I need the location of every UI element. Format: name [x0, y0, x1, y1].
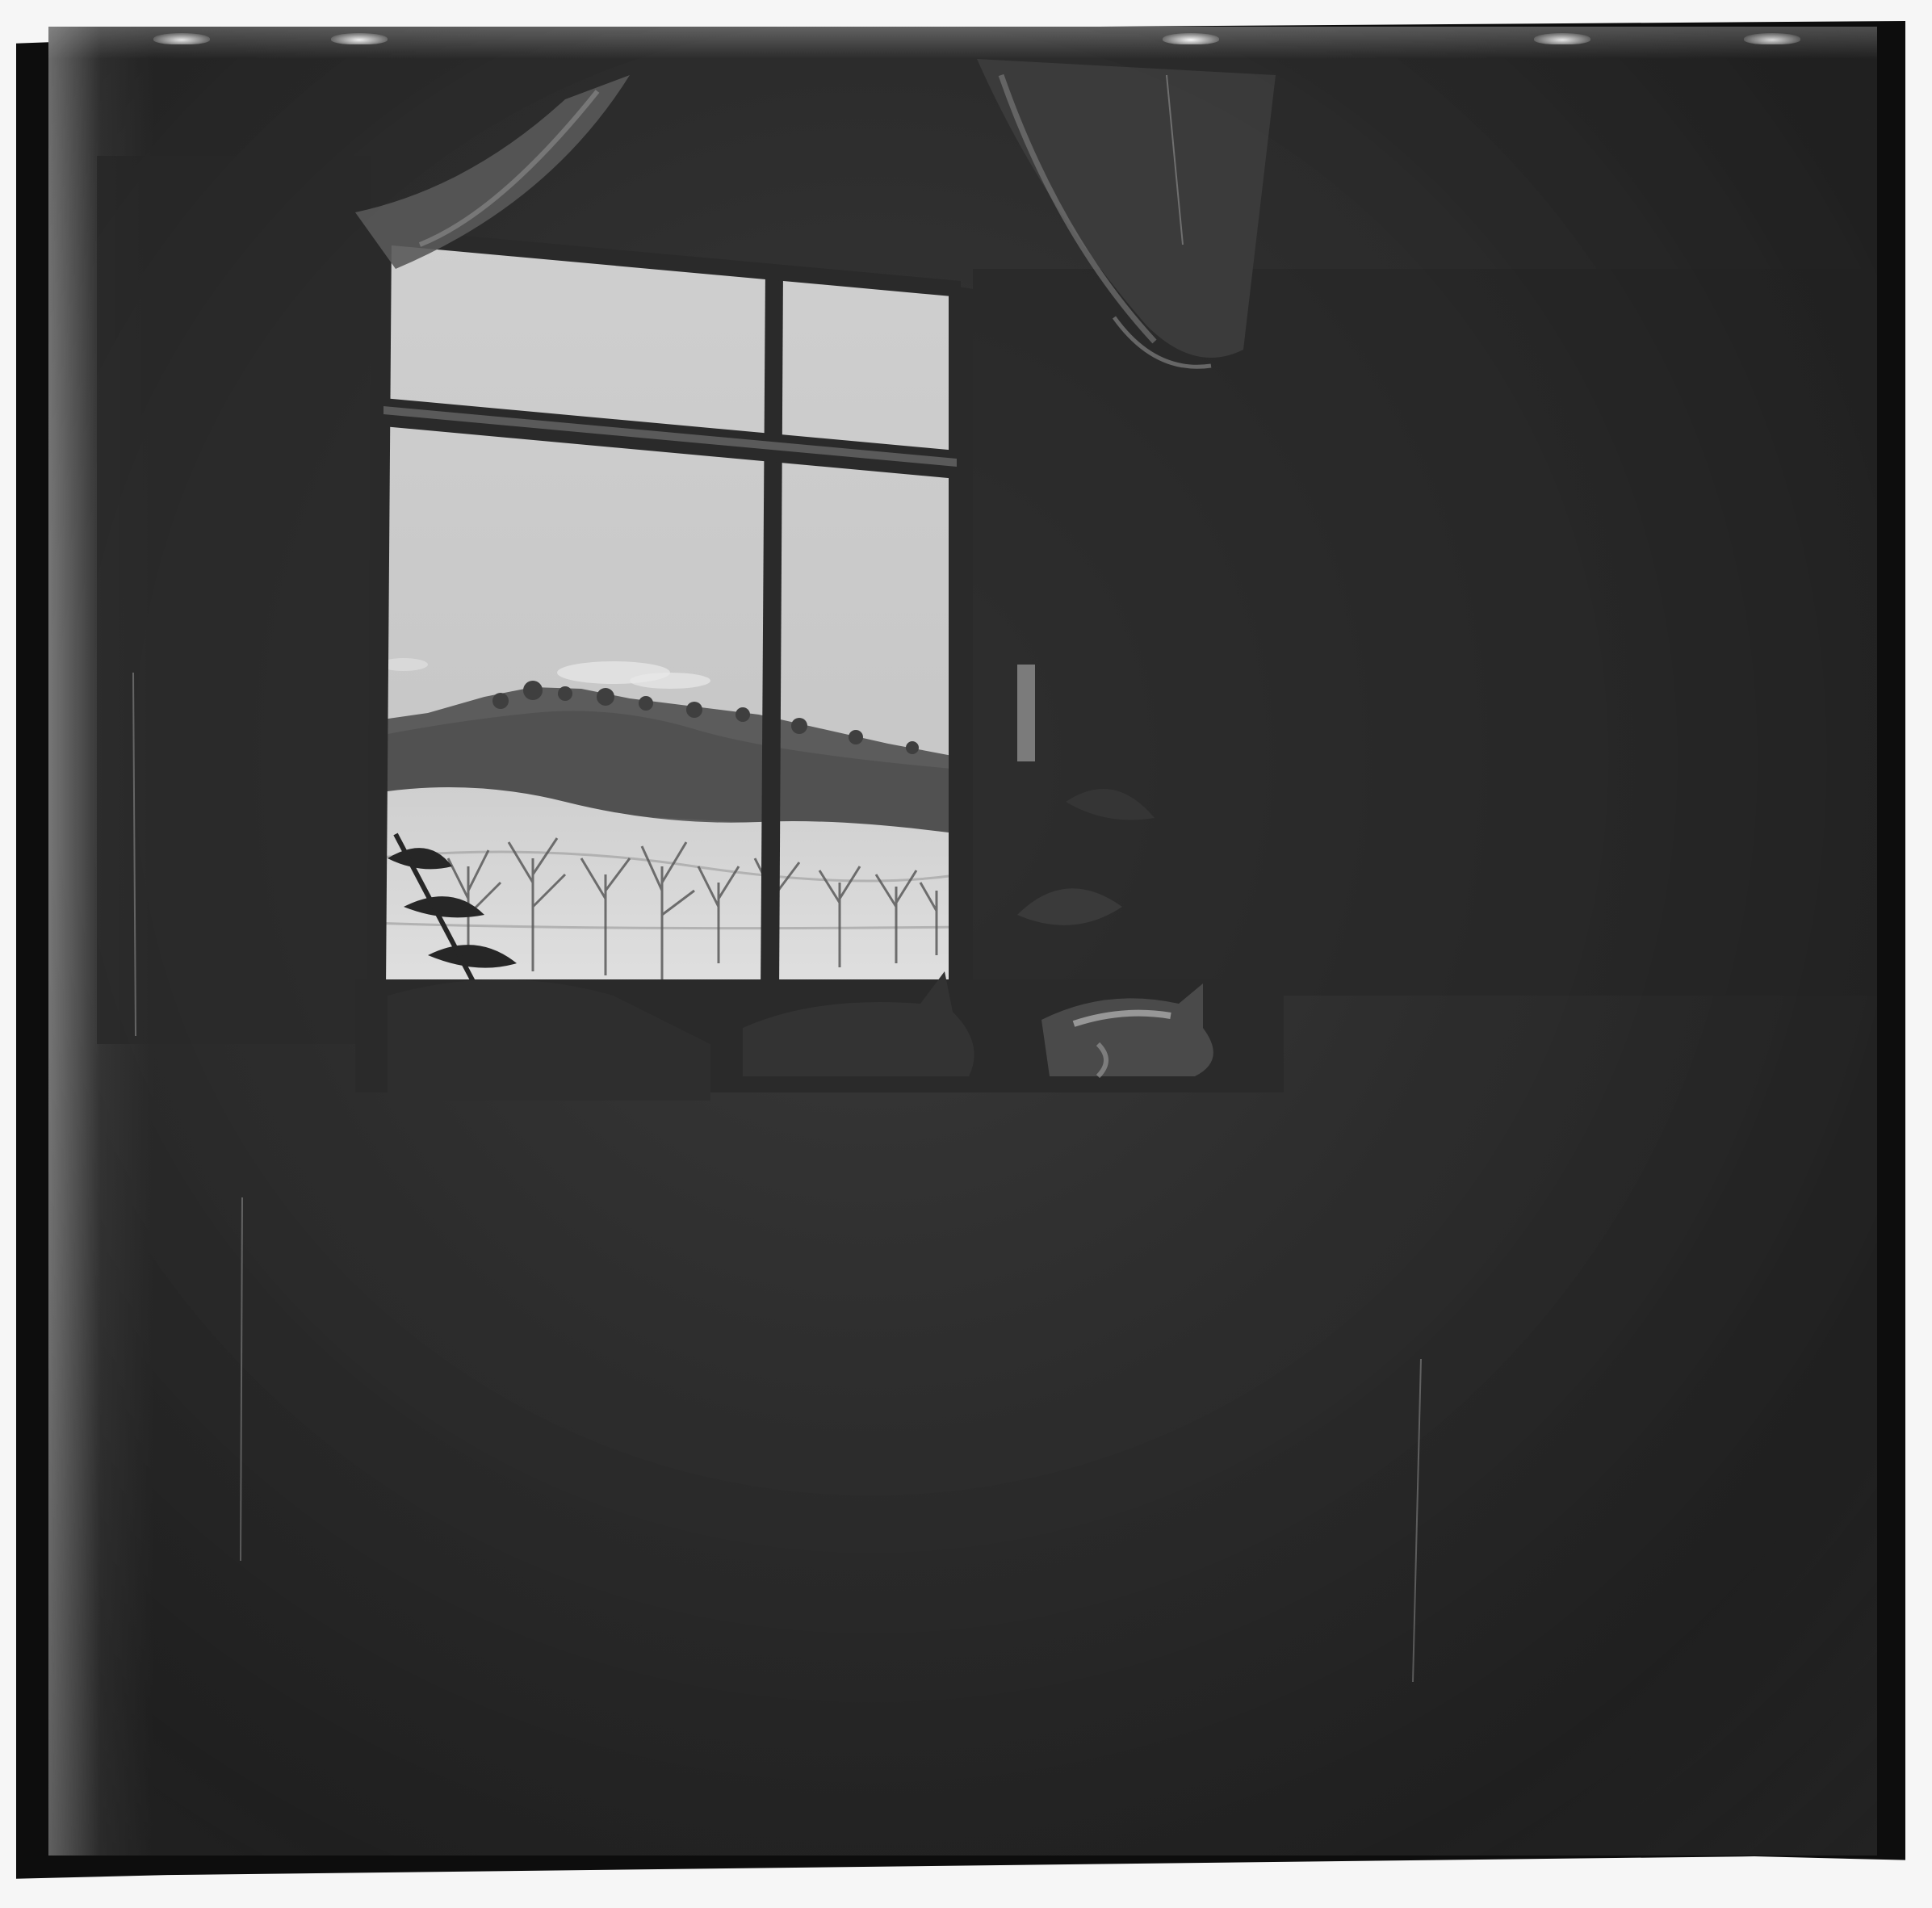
photo-frame [48, 27, 1877, 1856]
film-scan [0, 0, 1932, 1908]
scene-illustration [48, 27, 1877, 1856]
